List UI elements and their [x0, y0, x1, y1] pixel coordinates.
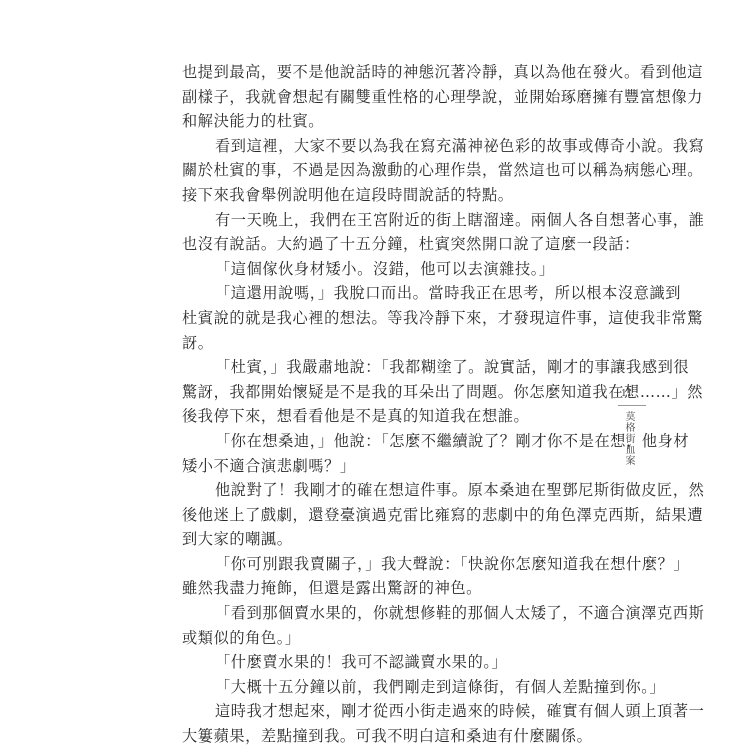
- text-line: 他說對了！我剛才的確在想這件事。原本桑迪在聖鄧尼斯街做皮匠，然: [182, 478, 592, 503]
- page-margin-note: 11 莫格街血案: [618, 388, 648, 466]
- book-page: 也提到最高，要不是他說話時的神態沉著冷靜，真以為他在發火。看到他這 副樣子，我就…: [0, 0, 750, 750]
- text-line: 「這個傢伙身材矮小。沒錯，他可以去演雜技。」: [182, 257, 592, 282]
- running-title: 莫格街血案: [618, 411, 634, 466]
- text-line: 杜賓說的就是我心裡的想法。等我冷靜下來，才發現這件事，這使我非常驚: [182, 306, 592, 331]
- text-line: 「大概十五分鐘以前，我們剛走到這條街，有個人差點撞到你。」: [182, 675, 592, 700]
- text-line: 雖然我盡力掩飾，但還是露出驚訝的神色。: [182, 576, 592, 601]
- text-line: 後我停下來，想看看他是不是真的知道我在想誰。: [182, 404, 592, 429]
- text-line: 「你可別跟我賣關子，」我大聲說：「快說你怎麼知道我在想什麼？」: [182, 552, 592, 577]
- text-line: 看到這裡，大家不要以為我在寫充滿神祕色彩的故事或傳奇小說。我寫: [182, 134, 592, 159]
- text-line: 接下來我會舉例說明他在這段時間說話的特點。: [182, 183, 592, 208]
- text-line: 也提到最高，要不是他說話時的神態沉著冷靜，真以為他在發火。看到他這: [182, 60, 592, 85]
- text-line: 驚訝，我都開始懷疑是不是我的耳朵出了問題。你怎麼知道我在想……」然: [182, 380, 592, 405]
- text-line: 這時我才想起來，剛才從西小街走過來的時候，確實有個人頭上頂著一: [182, 699, 592, 724]
- text-line: 或類似的角色。」: [182, 626, 592, 651]
- text-line: 關於杜賓的事，不過是因為激動的心理作祟，當然這也可以稱為病態心理。: [182, 158, 592, 183]
- text-line: 有一天晚上，我們在王宮附近的街上瞎溜達。兩個人各自想著心事，誰: [182, 208, 592, 233]
- text-line: 「什麼賣水果的！我可不認識賣水果的。」: [182, 650, 592, 675]
- text-line: 矮小不適合演悲劇嗎？」: [182, 454, 592, 479]
- text-line: 「你在想桑迪，」他說：「怎麼不繼續說了？剛才你不是在想，他身材: [182, 429, 592, 454]
- text-line: 也沒有說話。大約過了十五分鐘，杜賓突然開口說了這麼一段話：: [182, 232, 592, 257]
- text-line: 和解決能力的杜賓。: [182, 109, 592, 134]
- text-line: 副樣子，我就會想起有關雙重性格的心理學說，並開始琢磨擁有豐富想像力: [182, 85, 592, 110]
- text-line: 「杜賓，」我嚴肅地說：「我都糊塗了。說實話，剛才的事讓我感到很: [182, 355, 592, 380]
- text-line: 到大家的嘲諷。: [182, 527, 592, 552]
- text-line: 「這還用說嗎，」我脫口而出。當時我正在思考，所以根本沒意識到: [182, 281, 592, 306]
- text-line: 訝。: [182, 331, 592, 356]
- page-number: 11: [618, 388, 648, 400]
- body-text: 也提到最高，要不是他說話時的神態沉著冷靜，真以為他在發火。看到他這 副樣子，我就…: [182, 60, 592, 749]
- text-line: 後他迷上了戲劇，還登臺演過克雷比雍寫的悲劇中的角色澤克西斯，結果遭: [182, 503, 592, 528]
- text-line: 大簍蘋果，差點撞到我。可我不明白這和桑迪有什麼關係。: [182, 724, 592, 749]
- text-line: 「看到那個賣水果的，你就想修鞋的那個人太矮了，不適合演澤克西斯: [182, 601, 592, 626]
- margin-divider: [618, 405, 646, 406]
